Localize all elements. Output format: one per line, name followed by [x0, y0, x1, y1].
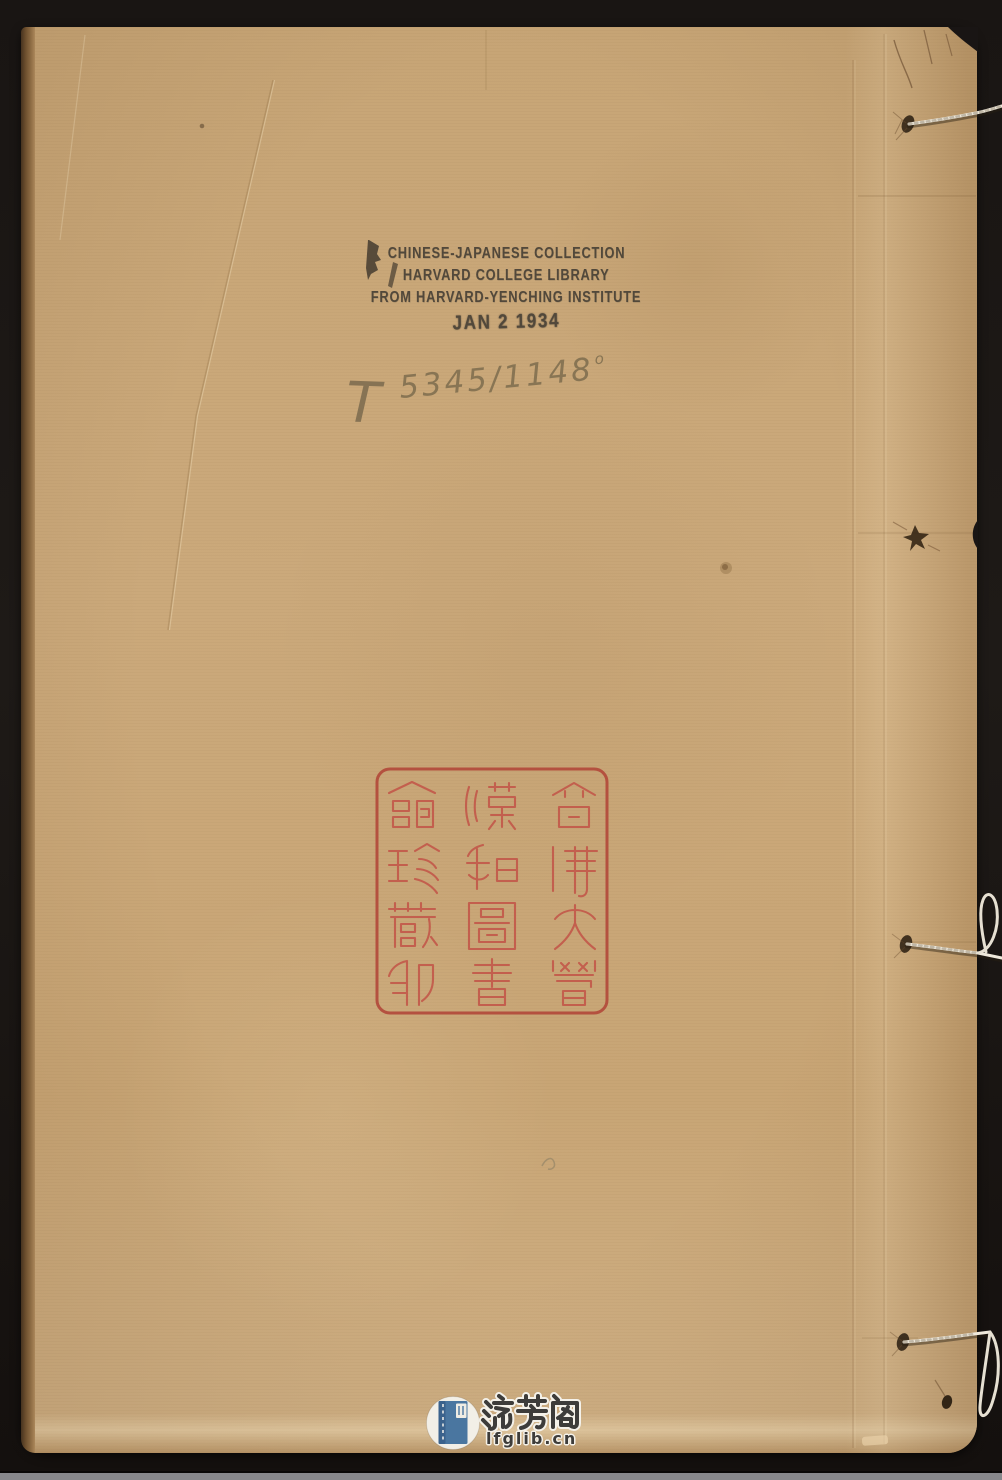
library-seal: [373, 765, 612, 1018]
seal-glyph: [466, 783, 515, 829]
seal-glyph: [553, 783, 595, 827]
seal-glyph: [389, 782, 435, 827]
watermark-site-name: [483, 1396, 577, 1429]
watermark-badge: [427, 1397, 480, 1450]
scanner-edge-strip: [0, 1473, 1002, 1480]
stamp-line-institute: FROM HARVARD-YENCHING INSTITUTE: [336, 287, 676, 309]
stamp-accession-date: JAN 2 1934: [336, 309, 676, 335]
seal-glyph: [389, 903, 437, 947]
seal-glyph: [553, 847, 597, 896]
call-number-prefix: T: [345, 375, 381, 432]
page-edges: [21, 27, 35, 1453]
book-cover: [21, 27, 977, 1453]
seal-glyph: [467, 845, 517, 889]
watermark-domain: lfglib.cn: [486, 1429, 577, 1448]
watermark: lfglib.cn: [420, 1392, 680, 1458]
seal-glyph: [555, 905, 595, 949]
stitched-book-icon: [439, 1401, 468, 1444]
stamp-line-library: HARVARD COLLEGE LIBRARY: [336, 265, 676, 287]
seal-glyph: [553, 961, 595, 1005]
seal-glyph: [469, 903, 515, 949]
stamp-line-collection: CHINESE-JAPANESE COLLECTION: [336, 243, 676, 265]
seal-glyph: [389, 844, 439, 893]
book-scan: CHINESE-JAPANESE COLLECTION HARVARD COLL…: [0, 0, 1002, 1480]
seal-glyph: [473, 959, 511, 1005]
library-stamp: CHINESE-JAPANESE COLLECTION HARVARD COLL…: [336, 243, 676, 335]
cover-paper: [35, 27, 977, 1453]
seal-glyph: [389, 961, 433, 1005]
